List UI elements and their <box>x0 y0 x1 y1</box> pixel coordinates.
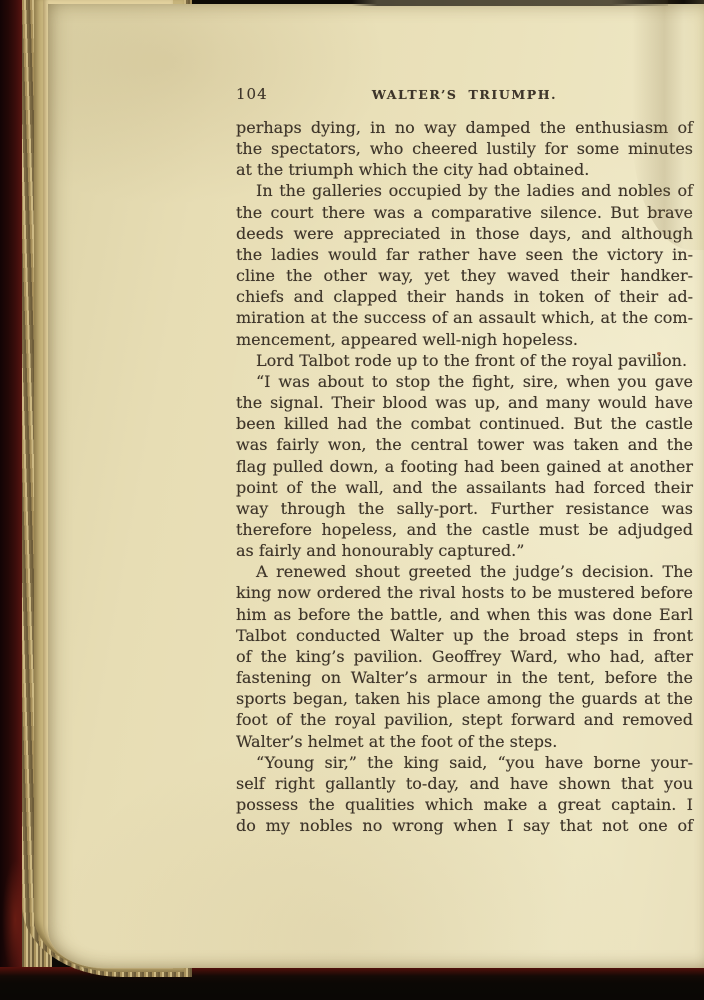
text-line: perhaps dying, in no way damped the enth… <box>236 117 693 138</box>
text-line: the court there was a comparative silenc… <box>236 202 693 223</box>
text-line: mencement, appeared well-nigh hopeless. <box>236 329 693 350</box>
text-line: A renewed shout greeted the judge’s deci… <box>236 561 693 582</box>
page-header: 104 WALTER’S TRIUMPH. <box>236 85 693 103</box>
text-line: cline the other way, yet they waved thei… <box>236 265 693 286</box>
text-line: fastening on Walter’s armour in the tent… <box>236 667 693 688</box>
text-line: therefore hopeless, and the castle must … <box>236 519 693 540</box>
text-line: chiefs and clapped their hands in token … <box>236 286 693 307</box>
running-title: WALTER’S TRIUMPH. <box>236 87 693 102</box>
paragraph: perhaps dying, in no way damped the enth… <box>236 117 693 180</box>
text-block: perhaps dying, in no way damped the enth… <box>236 117 693 836</box>
text-line: Talbot conducted Walter up the broad ste… <box>236 625 693 646</box>
text-line: Walter’s helmet at the foot of the steps… <box>236 731 693 752</box>
paragraph: In the galleries occupied by the ladies … <box>236 180 693 349</box>
text-line: Lord Talbot rode up to the front of the … <box>236 350 693 371</box>
text-line: do my nobles no wrong when I say that no… <box>236 815 693 836</box>
text-line: point of the wall, and the assailants ha… <box>236 477 693 498</box>
text-line: of the king’s pavilion. Geoffrey Ward, w… <box>236 646 693 667</box>
text-line: the signal. Their blood was up, and many… <box>236 392 693 413</box>
text-line: as fairly and honourably captured.” <box>236 540 693 561</box>
text-line: was fairly won, the central tower was ta… <box>236 434 693 455</box>
text-line: “Young sir,” the king said, “you have bo… <box>236 752 693 773</box>
paragraph: Lord Talbot rode up to the front of the … <box>236 350 693 371</box>
text-line: “I was about to stop the fight, sire, wh… <box>236 371 693 392</box>
text-line: the ladies would far rather have seen th… <box>236 244 693 265</box>
paper-speck <box>657 352 661 355</box>
text-line: deeds were appreciated in those days, an… <box>236 223 693 244</box>
text-line: self right gallantly to-day, and have sh… <box>236 773 693 794</box>
text-line: been killed had the combat continued. Bu… <box>236 413 693 434</box>
text-line: In the galleries occupied by the ladies … <box>236 180 693 201</box>
text-line: sports began, taken his place among the … <box>236 688 693 709</box>
paragraph: “Young sir,” the king said, “you have bo… <box>236 752 693 837</box>
text-line: possess the qualities which make a great… <box>236 794 693 815</box>
text-line: miration at the success of an assault wh… <box>236 307 693 328</box>
text-line: king now ordered the rival hosts to be m… <box>236 582 693 603</box>
text-line: the spectators, who cheered lustily for … <box>236 138 693 159</box>
text-line: flag pulled down, a footing had been gai… <box>236 456 693 477</box>
paragraph: “I was about to stop the fight, sire, wh… <box>236 371 693 561</box>
book-page: 104 WALTER’S TRIUMPH. perhaps dying, in … <box>48 4 704 968</box>
book-scan-photo: 104 WALTER’S TRIUMPH. perhaps dying, in … <box>0 0 704 1000</box>
text-line: way through the sally-port. Further resi… <box>236 498 693 519</box>
top-edge-shadow <box>352 0 668 6</box>
paragraph: A renewed shout greeted the judge’s deci… <box>236 561 693 751</box>
text-line: foot of the royal pavilion, stept forwar… <box>236 709 693 730</box>
text-line: him as before the battle, and when this … <box>236 604 693 625</box>
text-line: at the triumph which the city had obtain… <box>236 159 693 180</box>
book-cover-spine <box>0 0 24 1000</box>
book-cover-highlight <box>2 860 24 980</box>
